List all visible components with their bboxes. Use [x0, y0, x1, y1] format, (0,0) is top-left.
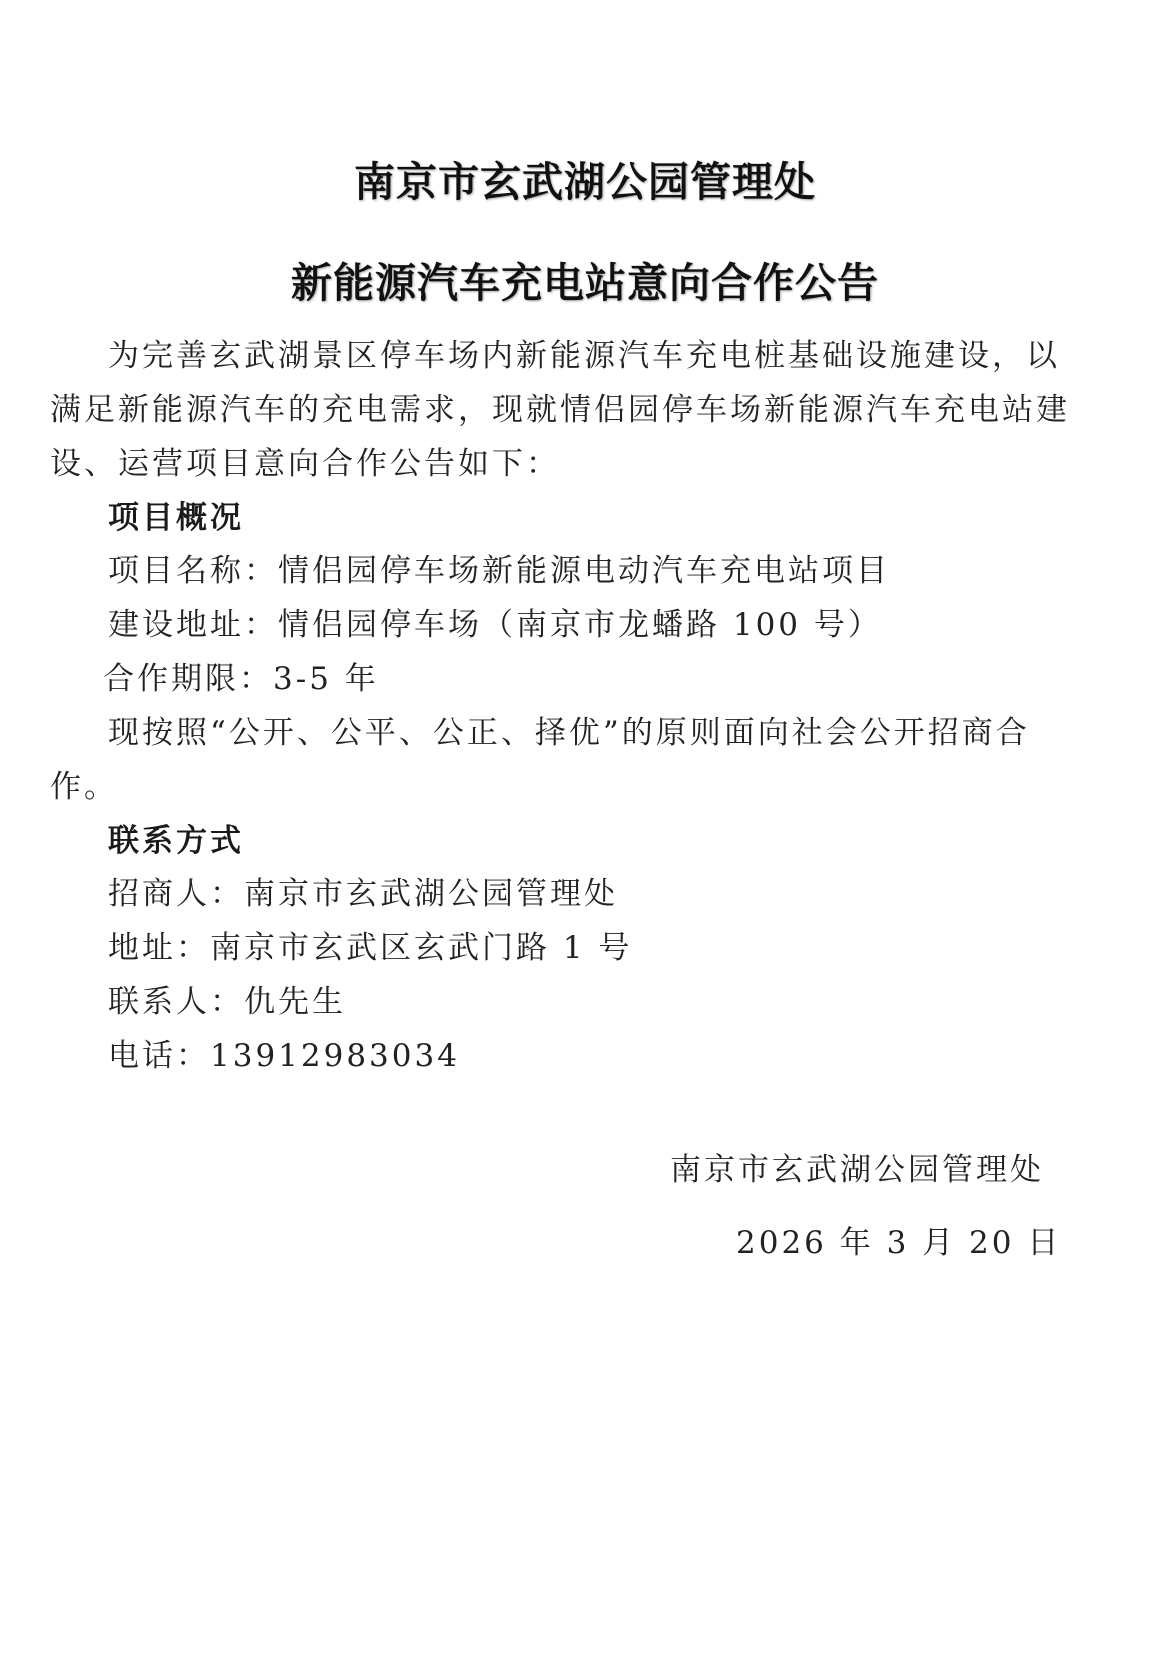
contact-inviter-label: 招商人： — [108, 876, 244, 912]
cooperation-term-value: 3-5 年 — [273, 661, 379, 697]
contact-person-row: 联系人：仇先生 — [108, 982, 346, 1022]
project-name-row: 项目名称：情侣园停车场新能源电动汽车充电站项目 — [108, 551, 890, 591]
contact-person-value: 仇先生 — [244, 984, 346, 1020]
cooperation-term-label: 合作期限： — [103, 661, 273, 697]
project-name-value: 情侣园停车场新能源电动汽车充电站项目 — [278, 553, 890, 589]
contact-address-label: 地址： — [108, 930, 210, 966]
contact-person-label: 联系人： — [108, 984, 244, 1020]
contact-phone-row: 电话：13912983034 — [108, 1036, 460, 1076]
intro-paragraph-line-1: 为完善玄武湖景区停车场内新能源汽车充电桩基础设施建设，以 — [108, 336, 1060, 376]
intro-paragraph-line-3: 设、运营项目意向合作公告如下： — [50, 444, 560, 484]
signature-organization: 南京市玄武湖公园管理处 — [670, 1150, 1044, 1190]
project-name-label: 项目名称： — [108, 553, 278, 589]
project-address-label: 建设地址： — [108, 607, 278, 643]
section-heading-contact: 联系方式 — [108, 821, 244, 861]
contact-phone-value: 13912983034 — [210, 1038, 460, 1074]
principle-line-2: 作。 — [50, 767, 118, 807]
principle-line-1: 现按照“公开、公平、公正、择优”的原则面向社会公开招商合 — [108, 713, 1030, 753]
announcement-page: 南京市玄武湖公园管理处 新能源汽车充电站意向合作公告 为完善玄武湖景区停车场内新… — [0, 0, 1170, 1672]
contact-inviter-row: 招商人：南京市玄武湖公园管理处 — [108, 874, 618, 914]
contact-address-row: 地址：南京市玄武区玄武门路 1 号 — [108, 928, 632, 968]
document-title-subject: 新能源汽车充电站意向合作公告 — [0, 258, 1170, 308]
document-title-organization: 南京市玄武湖公园管理处 — [0, 157, 1170, 207]
contact-inviter-value: 南京市玄武湖公园管理处 — [244, 876, 618, 912]
contact-phone-label: 电话： — [108, 1038, 210, 1074]
signature-date: 2026 年 3 月 20 日 — [736, 1223, 1061, 1263]
section-heading-project-overview: 项目概况 — [108, 498, 244, 538]
project-address-value: 情侣园停车场（南京市龙蟠路 100 号） — [278, 607, 882, 643]
project-address-row: 建设地址：情侣园停车场（南京市龙蟠路 100 号） — [108, 605, 882, 645]
contact-address-value: 南京市玄武区玄武门路 1 号 — [210, 930, 632, 966]
intro-paragraph-line-2: 满足新能源汽车的充电需求，现就情侣园停车场新能源汽车充电站建 — [50, 390, 1070, 430]
cooperation-term-row: 合作期限：3-5 年 — [103, 659, 379, 699]
